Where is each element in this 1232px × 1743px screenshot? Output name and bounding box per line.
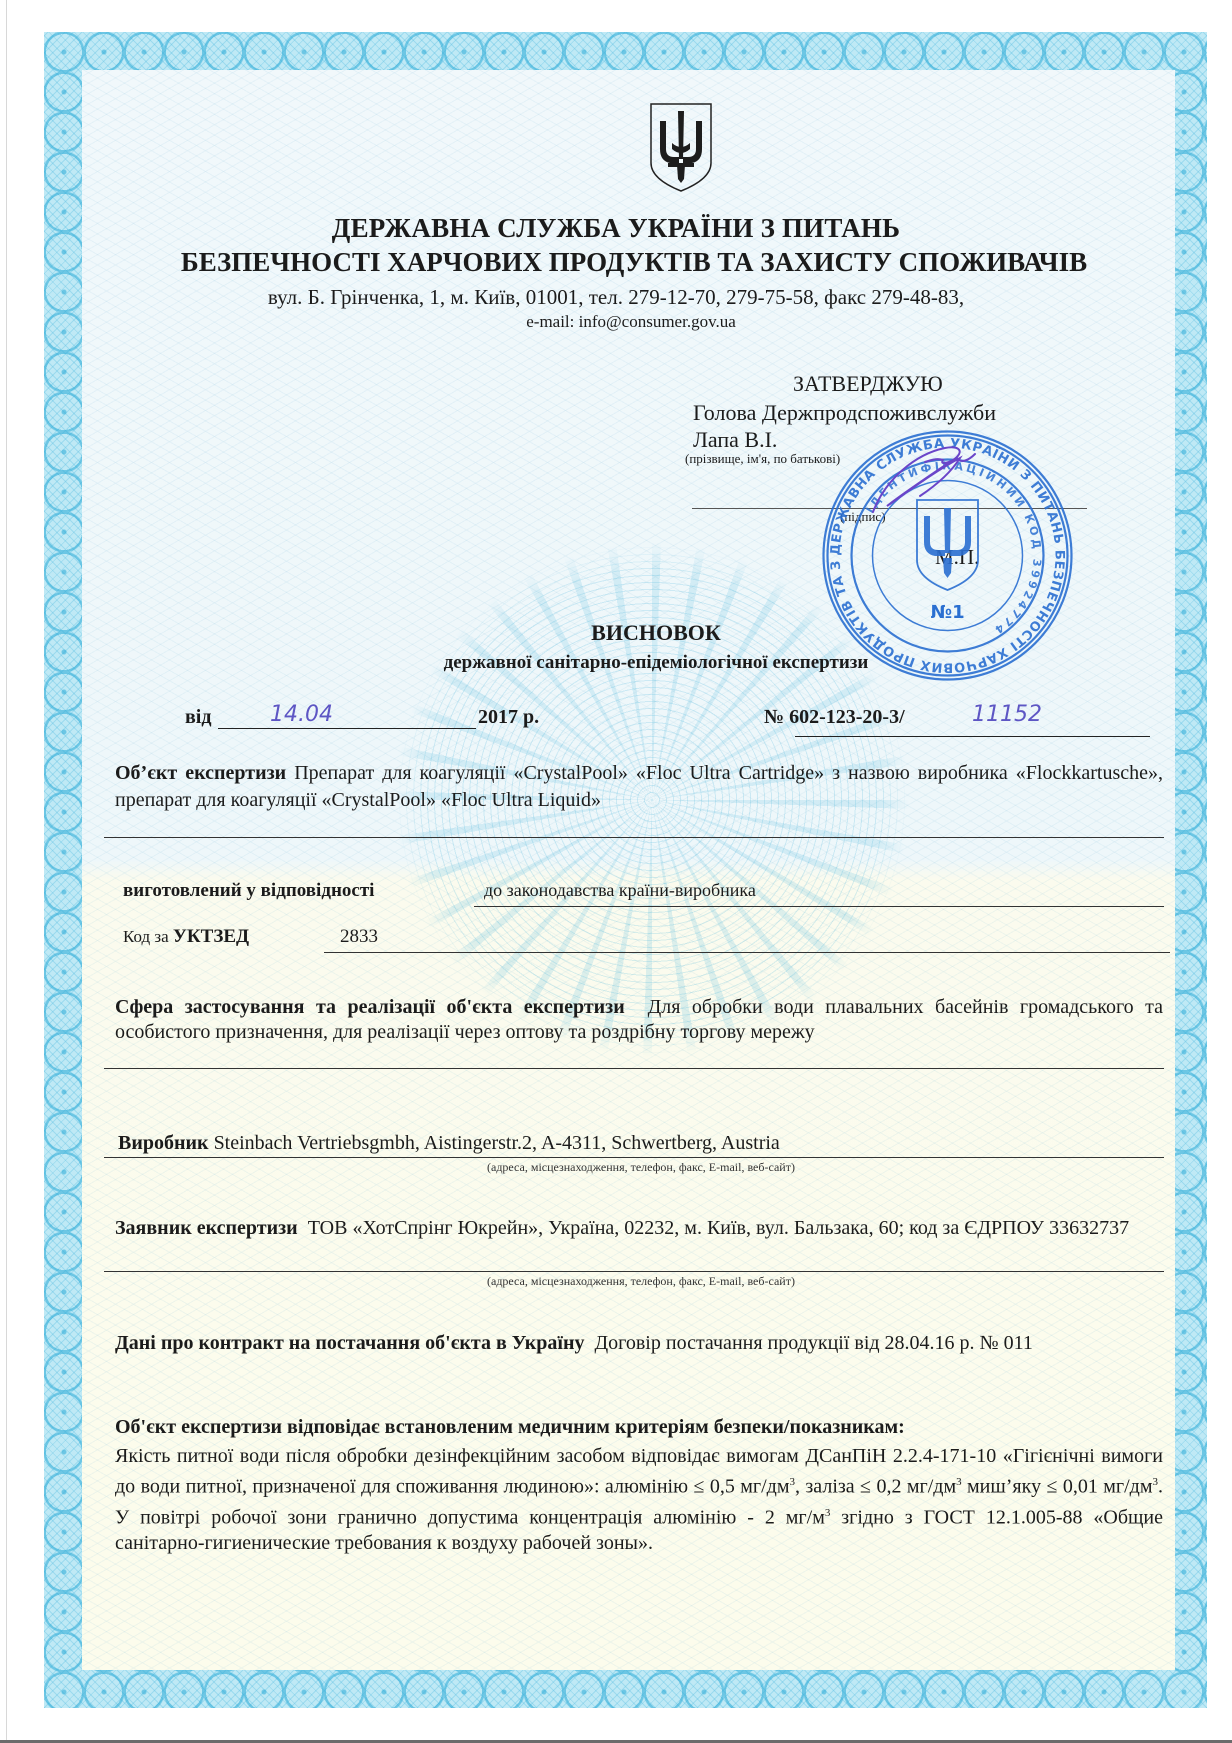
approval-title: ЗАТВЕРДЖУЮ	[793, 371, 943, 397]
field-applicant: Заявник експертизи ТОВ «ХотСпрінг Юкрейн…	[115, 1215, 1163, 1242]
field-applicant-value: ТОВ «ХотСпрінг Юкрейн», Україна, 02232, …	[308, 1217, 1129, 1239]
divider	[324, 952, 1170, 953]
field-manufactured-value: до законодавства країни-виробника	[484, 880, 756, 901]
field-criteria-label: Об'єкт експертизи відповідає встановлени…	[115, 1416, 905, 1439]
field-contract: Дані про контракт на постачання об'єкта …	[115, 1330, 1163, 1356]
approval-position: Голова Держпродспоживслужби	[693, 400, 996, 426]
field-code-label: Код за УКТЗЕД	[123, 926, 249, 948]
document-title: ВИСНОВОК	[0, 620, 1232, 646]
org-address: вул. Б. Грінченка, 1, м. Київ, 01001, те…	[0, 285, 1232, 310]
field-manufacturer: Виробник Steinbach Vertriebsgmbh, Aistin…	[118, 1132, 780, 1155]
field-contract-label: Дані про контракт на постачання об'єкта …	[115, 1332, 585, 1354]
field-object: Об’єкт експертизи Препарат для коагуляці…	[115, 760, 1163, 814]
date-year: 2017 р.	[478, 706, 539, 729]
field-criteria-text: Якість питної води після обробки дезінфе…	[115, 1443, 1163, 1556]
divider	[104, 1157, 1164, 1158]
field-applicant-hint: (адреса, місцезнаходження, телефон, факс…	[487, 1274, 795, 1289]
field-object-label: Об’єкт експертизи	[115, 762, 286, 784]
approval-name: Лапа В.І.	[693, 427, 777, 453]
field-scope: Сфера застосування та реалізації об'єкта…	[115, 995, 1163, 1045]
field-applicant-label: Заявник експертизи	[115, 1217, 298, 1239]
org-name-line1: ДЕРЖАВНА СЛУЖБА УКРАЇНИ З ПИТАНЬ	[0, 213, 1232, 244]
document-number-line	[795, 736, 1150, 737]
document-subtitle: державної санітарно-епідеміологічної екс…	[0, 652, 1232, 674]
org-email: e-mail: info@consumer.gov.ua	[0, 312, 1232, 332]
divider	[104, 1271, 1164, 1272]
divider	[104, 837, 1164, 838]
divider	[474, 906, 1164, 907]
org-name-line2: БЕЗПЕЧНОСТІ ХАРЧОВИХ ПРОДУКТІВ ТА ЗАХИСТ…	[0, 247, 1232, 278]
document-number-label: № 602-123-20-3/	[764, 706, 905, 729]
divider	[104, 1068, 1164, 1069]
field-manufacturer-label: Виробник	[118, 1132, 209, 1154]
field-scope-label: Сфера застосування та реалізації об'єкта…	[115, 996, 625, 1018]
field-code-value: 2833	[340, 926, 378, 948]
field-manufacturer-value: Steinbach Vertriebsgmbh, Aistingerstr.2,…	[214, 1132, 780, 1154]
field-contract-value: Договір постачання продукції від 28.04.1…	[595, 1332, 1033, 1354]
date-handwritten: 14.04	[270, 702, 333, 727]
field-manufacturer-hint: (адреса, місцезнаходження, телефон, факс…	[487, 1160, 795, 1175]
document-number-handwritten: 11152	[972, 702, 1042, 727]
signature-icon	[865, 440, 980, 520]
approval-name-hint: (прізвище, ім'я, по батькові)	[685, 451, 840, 467]
field-manufactured-label: виготовлений у відповідності	[123, 880, 374, 902]
date-line	[218, 728, 476, 729]
trident-emblem-icon	[648, 101, 714, 193]
date-label: від	[185, 706, 211, 729]
